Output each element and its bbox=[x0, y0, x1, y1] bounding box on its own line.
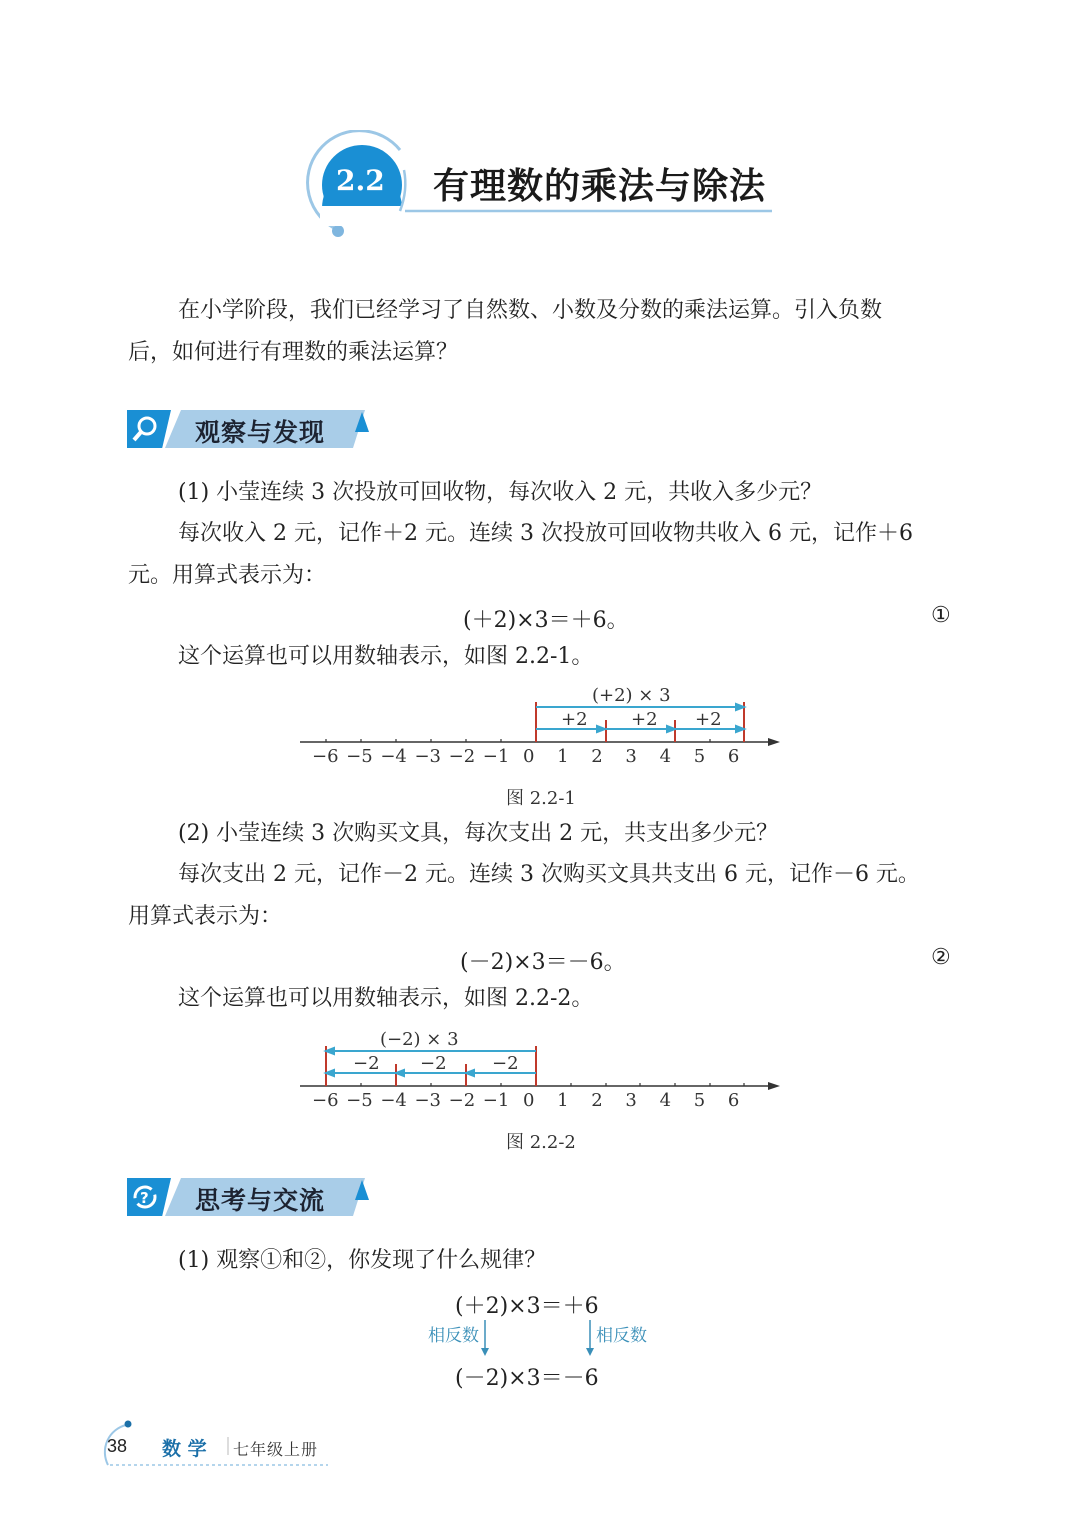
figure-2-caption: 图 2.2-2 bbox=[506, 1128, 576, 1154]
tick-label: 6 bbox=[728, 1090, 762, 1111]
fig1-tick-labels: −6 −5 −4 −3 −2 −1 0 1 2 3 4 5 6 bbox=[312, 746, 762, 767]
page-number: 38 bbox=[107, 1436, 127, 1457]
figure-1-caption: 图 2.2-1 bbox=[506, 784, 576, 810]
think-label: 思考与交流 bbox=[195, 1181, 325, 1217]
equation-2-marker: ② bbox=[931, 945, 951, 970]
fig2-tick-labels: −6 −5 −4 −3 −2 −1 0 1 2 3 4 5 6 bbox=[312, 1090, 762, 1111]
observe-label: 观察与发现 bbox=[195, 413, 325, 449]
tick-label: −2 bbox=[449, 1090, 483, 1111]
tick-label: 0 bbox=[517, 746, 557, 767]
section-header: 2.2 有理数的乘法与除法 bbox=[300, 130, 780, 250]
fig1-step-label-1: +2 bbox=[561, 709, 588, 730]
fig1-total-label: (+2) × 3 bbox=[592, 685, 671, 706]
intro-line-1: 在小学阶段，我们已经学习了自然数、小数及分数的乘法运算。引入负数 bbox=[178, 299, 882, 323]
right-opposite-note: 相反数 bbox=[596, 1321, 647, 1346]
tick-label: 4 bbox=[660, 1090, 694, 1111]
equation-1: (＋2)×3＝＋6。 bbox=[463, 603, 629, 634]
tick-label: −2 bbox=[449, 746, 483, 767]
fig1-step-label-3: +2 bbox=[695, 709, 722, 730]
fig1-step-label-2: +2 bbox=[631, 709, 658, 730]
paragraph-1-line-1: 每次收入 2 元，记作＋2 元。连续 3 次投放可回收物共收入 6 元，记作＋6 bbox=[178, 522, 913, 546]
observe-banner: 观察与发现 bbox=[127, 410, 377, 448]
paragraph-2-line-2: 用算式表示为： bbox=[128, 905, 282, 929]
footer-subject: 数 学 bbox=[162, 1434, 207, 1461]
paragraph-1-axis: 这个运算也可以用数轴表示，如图 2.2-1。 bbox=[178, 645, 593, 669]
think-equation-top: (＋2)×3＝＋6 bbox=[455, 1289, 599, 1320]
tick-label: −6 bbox=[312, 1090, 346, 1111]
fig2-total-label: (−2) × 3 bbox=[380, 1029, 459, 1050]
tick-label: −5 bbox=[346, 746, 380, 767]
equation-2: (－2)×3＝－6。 bbox=[460, 945, 626, 976]
left-opposite-note: 相反数 bbox=[428, 1321, 479, 1346]
magnifier-icon bbox=[127, 410, 171, 448]
tick-label: 6 bbox=[728, 746, 762, 767]
footer-book: 七年级上册 bbox=[233, 1437, 318, 1460]
tick-label: 1 bbox=[557, 746, 591, 767]
tick-label: 0 bbox=[517, 1090, 557, 1111]
equation-1-marker: ① bbox=[931, 603, 951, 628]
tick-label: 3 bbox=[625, 746, 659, 767]
paragraph-2-line-1: 每次支出 2 元，记作－2 元。连续 3 次购买文具共支出 6 元，记作－6 元… bbox=[178, 863, 920, 887]
tick-label: −4 bbox=[380, 1090, 414, 1111]
fig2-step-label-3: −2 bbox=[492, 1053, 519, 1074]
think-question-1: (1) 观察①和②，你发现了什么规律？ bbox=[178, 1249, 546, 1273]
svg-text:?: ? bbox=[140, 1189, 149, 1207]
fig2-step-label-2: −2 bbox=[420, 1053, 447, 1074]
tick-label: 2 bbox=[591, 1090, 625, 1111]
paragraph-2-axis: 这个运算也可以用数轴表示，如图 2.2-2。 bbox=[178, 987, 593, 1011]
fig2-step-label-1: −2 bbox=[353, 1053, 380, 1074]
opposite-arrows bbox=[480, 1318, 600, 1360]
tick-label: 5 bbox=[694, 1090, 728, 1111]
question-2: (2) 小莹连续 3 次购买文具，每次支出 2 元，共支出多少元？ bbox=[178, 822, 778, 846]
section-number: 2.2 bbox=[336, 164, 385, 197]
tick-label: 1 bbox=[557, 1090, 591, 1111]
tick-label: −3 bbox=[414, 1090, 448, 1111]
tick-label: −3 bbox=[414, 746, 448, 767]
think-equation-bottom: (－2)×3＝－6 bbox=[455, 1361, 599, 1392]
question-1: (1) 小莹连续 3 次投放可回收物，每次收入 2 元，共收入多少元？ bbox=[178, 481, 822, 505]
tick-label: 2 bbox=[591, 746, 625, 767]
intro-line-2: 后，如何进行有理数的乘法运算？ bbox=[128, 341, 458, 365]
question-cycle-icon: ? bbox=[127, 1178, 171, 1216]
think-banner: ? 思考与交流 bbox=[127, 1178, 377, 1216]
tick-label: 4 bbox=[660, 746, 694, 767]
tick-label: 5 bbox=[694, 746, 728, 767]
tick-label: −5 bbox=[346, 1090, 380, 1111]
tick-label: −1 bbox=[483, 746, 517, 767]
tick-label: −6 bbox=[312, 746, 346, 767]
tick-label: −1 bbox=[483, 1090, 517, 1111]
page-title: 有理数的乘法与除法 bbox=[433, 158, 766, 209]
tick-label: −4 bbox=[380, 746, 414, 767]
paragraph-1-line-2: 元。用算式表示为： bbox=[128, 564, 326, 588]
tick-label: 3 bbox=[625, 1090, 659, 1111]
